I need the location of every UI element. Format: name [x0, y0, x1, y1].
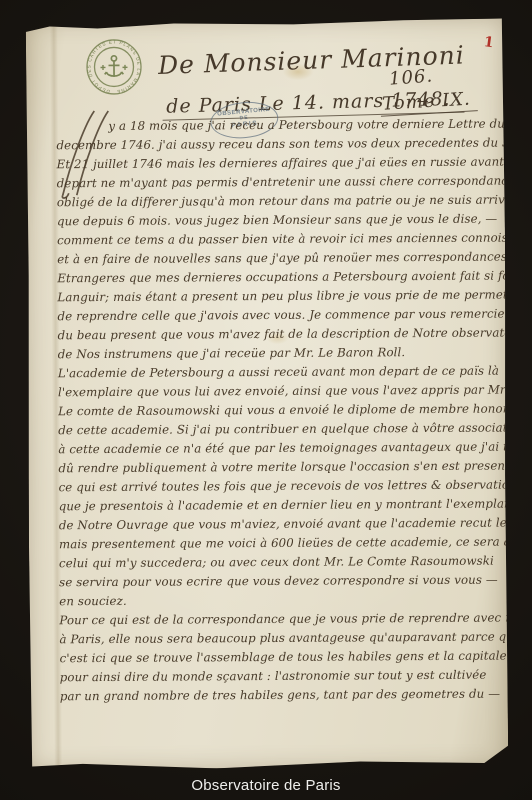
marine-depot-stamp: DEPOT DES CARTES ET PLANS DE LA MARINE [84, 37, 144, 97]
manuscript-line: par un grand nombre de tres habiles gens… [60, 685, 502, 707]
red-folio-number: 1 [483, 34, 495, 51]
manuscript-line: se servira pour vous ecrire que vous dev… [59, 571, 501, 593]
manuscript-line: du beau present que vous m'avez fait de … [58, 324, 500, 346]
manuscript-photo: DEPOT DES CARTES ET PLANS DE LA MARINE [0, 0, 532, 800]
photo-caption: Observatoire de Paris [0, 777, 532, 794]
manuscript-page: DEPOT DES CARTES ET PLANS DE LA MARINE [26, 19, 509, 770]
page-number: 106. [388, 65, 434, 89]
anchor-icon [105, 56, 124, 77]
letter-body: y a 18 mois que j'ai receu a Petersbourg… [56, 115, 502, 707]
